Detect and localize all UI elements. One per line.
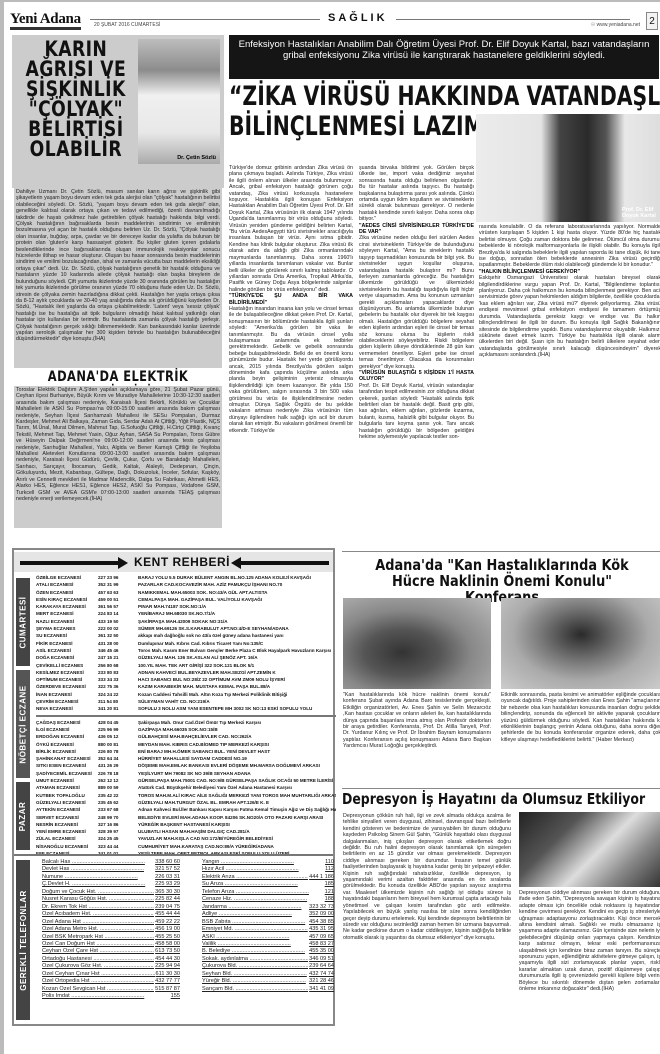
pharmacy-phone: 247 15 21 bbox=[98, 654, 138, 661]
phone-row: Seyhan Bld.432 74 74 bbox=[202, 971, 334, 978]
photo-caption: Prof. Dr. Elif Doyuk Kartal bbox=[622, 207, 658, 219]
phone-label: Özel Adana Hst bbox=[42, 919, 154, 926]
newspaper-logo[interactable]: Yeni Adana bbox=[10, 12, 81, 30]
pharmacy-address: Adnan Kahveci Bul.İler Bankası Kapısı Ka… bbox=[138, 806, 336, 813]
phone-label: Ortadoğu Hastanesi bbox=[42, 956, 154, 963]
pharmacy-address: DÖŞEME MAH.EMLAK BANKASI EVLERİ DÖŞEME M… bbox=[138, 762, 336, 769]
phone-row: Balcalı Has338 60 60 bbox=[42, 859, 180, 866]
pharmacy-name: AYTEKİN ECZANESİ bbox=[36, 806, 98, 813]
phone-row: Emniyet Md.435 31 95 bbox=[202, 926, 334, 933]
pharmacy-name: KARAKAYA ECZANESİ bbox=[36, 603, 98, 610]
pharmacy-row: NİSANOĞLU ECZANESİ323 44 44CUMHURİYET MA… bbox=[36, 843, 336, 850]
pharmacy-row: İNAN ECZANESİ324 24 22Kozan Caddesi Tahs… bbox=[36, 691, 336, 698]
phone-row: Adliye352 09 00 bbox=[202, 911, 334, 918]
pharmacy-row: ÖZERDEVE ECZANESİ322 75 36KAZIM KARABEKİ… bbox=[36, 683, 336, 690]
pharmacy-row: NAZLI ECZANESİ433 19 50ŞAKİRPAŞA MAH.420… bbox=[36, 618, 336, 625]
pharmacy-name: NAZLI ECZANESİ bbox=[36, 618, 98, 625]
pharmacy-name: BİRLİK ECZANESİ bbox=[36, 748, 98, 755]
pharmacy-row: ESİN KIRAÇ ECZANESİ459 00 51CEMALPAŞA MA… bbox=[36, 596, 336, 603]
pharmacy-row: ÖYKÜ ECZANESİ880 00 81MEYDAN MAH. KIBRIS… bbox=[36, 741, 336, 748]
pharmacy-address: 100.YIL MAH. TEK ART GİRİŞİ 322 SOK.121 … bbox=[138, 662, 336, 669]
phone-label: Özel Adana Metro Hst. bbox=[42, 926, 154, 933]
pharmacy-row: OPTİMUM ECZANESİ333 34 33HACI SABANCI BU… bbox=[36, 676, 336, 683]
pharmacy-phone: 361 56 57 bbox=[98, 603, 138, 610]
phone-label: Emniyet Md. bbox=[202, 926, 308, 933]
phone-label: Özel Acıbadem Hst. bbox=[42, 911, 154, 918]
phone-row: Kozan Özel Sevgican Hst515 87 87 bbox=[42, 986, 180, 993]
pharmacy-phone: 457 63 63 bbox=[98, 589, 138, 596]
pharmacy-row: KESİLMEZ ECZANESİ233 80 83ADNAN KAHVECİ … bbox=[36, 669, 336, 676]
pharmacy-row: NEVA ECZANESİ341 20 81SOFULU 3 NOLU ASM … bbox=[36, 705, 336, 712]
pharmacy-row: ZÜLAL ECZANESİ324 25 45YAVUZLAR MAH.KIŞL… bbox=[36, 835, 336, 842]
pharmacy-name: ŞAHİNKANAT ECZANESİ bbox=[36, 755, 98, 762]
phone-row: Dr. Ekrem Tok Hst239 04 75 bbox=[42, 904, 180, 911]
zika-col-1: Türkiye'de domuz gribinin ardından Zika … bbox=[229, 165, 353, 525]
phone-number: 432 77 77 bbox=[155, 978, 180, 985]
pharmacy-row: DOĞA ECZANESİ247 15 21GÜZELYALI MAH. 136… bbox=[36, 654, 336, 661]
phone-number: 225 94 94 bbox=[155, 963, 180, 970]
pharmacy-address: MEYDAN MAH. KIBRIS CAD.BİOMED TIP MERKEZ… bbox=[138, 741, 336, 748]
phone-number: 444 1 186 bbox=[309, 874, 334, 881]
pharmacy-phone: 262 12 12 bbox=[98, 777, 138, 784]
phone-row: Özel Adana Metro Hst.456 19 00 bbox=[42, 926, 180, 933]
phone-number: 352 09 00 bbox=[309, 911, 334, 918]
divider bbox=[342, 551, 660, 552]
phone-row: Nusret Karasu Göğüs Hst.225 82 44 bbox=[42, 896, 180, 903]
phone-label: Seyhan Bld. bbox=[202, 971, 308, 978]
pharmacy-name: ERDOĞAN ECZANESİ bbox=[36, 733, 98, 740]
phone-number: 110 bbox=[325, 859, 334, 866]
pharmacy-row: ŞEYMA ECZANES222 00 02SÜMER MH.69126 SK.… bbox=[36, 625, 336, 632]
phone-label: Özel Çukurova Göz Hst. bbox=[42, 963, 154, 970]
label-duty-pharmacy: NÖBETÇİ ECZANE bbox=[16, 670, 30, 778]
zika-col-3: rasında konulabilir. O da referans labor… bbox=[479, 224, 660, 524]
pharmacy-phone: 436 05 12 bbox=[98, 733, 138, 740]
pharmacy-name: NESRİN ECZANESİ bbox=[36, 821, 98, 828]
phone-row: Numune226 03 31 bbox=[42, 874, 180, 881]
pharmacy-phone: 352 31 99 bbox=[98, 581, 138, 588]
pharmacy-row: GÜZELYALI ECZANESİ235 45 62GÜZELYALI MAH… bbox=[36, 799, 336, 806]
pharmacy-phone: 431 28 00 bbox=[98, 640, 138, 647]
pharmacy-name: NİSANOĞLU ECZANESİ bbox=[36, 843, 98, 850]
phone-row: Devlet Has321 57 52 bbox=[42, 866, 180, 873]
phone-number: 454 38 85 bbox=[309, 919, 334, 926]
pharmacy-name: ŞADİYECEMİL ECZANESİ bbox=[36, 770, 98, 777]
pharmacy-name: YENİ EMRE ECZANESİ bbox=[36, 828, 98, 835]
phone-row: B. Belediye455 35 00 bbox=[202, 948, 334, 955]
phone-number: 457 09 65 bbox=[309, 934, 334, 941]
phone-row: Özel BSK Metropark Hst455 25 50 bbox=[42, 934, 180, 941]
pharmacy-name: SU ECZANESİ bbox=[36, 632, 98, 639]
pharmacy-phone: 361 32 50 bbox=[98, 632, 138, 639]
phone-row: Ç.Devlet H.225 93 29 bbox=[42, 881, 180, 888]
phone-row: Özel Acıbadem Hst.455 44 44 bbox=[42, 911, 180, 918]
pharmacy-name: ÖYKÜ ECZANESİ bbox=[36, 741, 98, 748]
website-link[interactable]: ☉ www.yeniadana.net bbox=[591, 22, 640, 28]
pharmacy-phone: 248 99 70 bbox=[98, 814, 138, 821]
pharmacy-name: FİKİR ECZANESİ bbox=[36, 640, 98, 647]
pharmacy-phone: 225 96 99 bbox=[98, 726, 138, 733]
pharmacy-row: SITKI ESEN ECZANESİ431 26 29DÖŞEME MAH.E… bbox=[36, 762, 336, 769]
phone-row: Hızır Acil112 bbox=[202, 866, 334, 873]
phone-number: 225 93 29 bbox=[155, 881, 180, 888]
pharmacy-phone: 256 80 68 bbox=[98, 662, 138, 669]
phone-label: Özel Ceyhan Çınar Hst bbox=[42, 971, 155, 978]
pharmacy-row: ATALI ECZANESİ352 31 99PAZARLAR CAD.KOCA… bbox=[36, 581, 336, 588]
pharmacy-phone: 226 78 18 bbox=[98, 770, 138, 777]
pharmacy-address: PAZARLAR CAD.KOCAVEZİR MAH. AZİZ PAMUKÇU… bbox=[138, 581, 336, 588]
phone-row: Özel Ortopedia Hst432 77 77 bbox=[42, 978, 180, 985]
label-phones: GEREKLİ TELEFONLAR bbox=[16, 860, 30, 1020]
phone-row: Cenaze Hiz.188 bbox=[202, 896, 334, 903]
pharmacy-address: YENİBARAJ MH.68030 SK.NO.7/1/A bbox=[138, 610, 336, 617]
pharmacy-name: ÖZERDEVE ECZANESİ bbox=[36, 683, 98, 690]
pharmacy-list: ÖZBİLGE ECZANESİ227 23 96BARAJ YOLU 5.5 … bbox=[36, 574, 336, 857]
divider bbox=[342, 788, 660, 789]
pharmacy-phone: 233 67 68 bbox=[98, 806, 138, 813]
pharmacy-name: OPTİMUM ECZANESİ bbox=[36, 676, 98, 683]
phone-number: 458 58 00 bbox=[155, 941, 180, 948]
phone-row: Yangın110 bbox=[202, 859, 334, 866]
depression-headline: Depresyon İş Hayatını da Olumsuz Etkiliy… bbox=[342, 790, 660, 808]
phone-number: 323 32 73 bbox=[309, 904, 334, 911]
phone-label: Nusret Karasu Göğüs Hst. bbox=[42, 896, 154, 903]
pharmacy-phone: 233 80 83 bbox=[98, 669, 138, 676]
celiac-article-header: KARIN AĞRISI VE ŞİŞKİNLİK "ÇÖLYAK" BELİR… bbox=[12, 35, 224, 188]
label-sunday: PAZAR bbox=[16, 782, 30, 850]
pharmacy-name: ÇEVİKELLİ ECZANES bbox=[36, 662, 98, 669]
pharmacy-name: KUTBEK TOPALOĞLU bbox=[36, 792, 98, 799]
power-outage-body: Toroslar Elektrik Dağıtım A.Ş'den yapıla… bbox=[14, 386, 222, 528]
city-guide-title: KENT REHBERİ bbox=[134, 555, 230, 569]
phone-number: 346 09 51 bbox=[309, 956, 334, 963]
pharmacy-row: ÇEVİKELLİ ECZANES256 80 68100.YIL MAH. T… bbox=[36, 662, 336, 669]
pharmacy-row: ÇEVRİM ECZANESİ311 54 80SÜLEYMAN VAHİT C… bbox=[36, 698, 336, 705]
pharmacy-address: akkapı mah dağlıoğlu sok no 43/a özel gü… bbox=[138, 632, 336, 639]
pharmacy-name: GÜZELYALI ECZANESİ bbox=[36, 799, 98, 806]
phone-label: Elektrik Arıza bbox=[202, 874, 308, 881]
pharmacy-row: ÖZEN ECZANESİ457 63 63NAMIKKEMAL MAH.650… bbox=[36, 589, 336, 596]
city-guide-header: KENT REHBERİ bbox=[14, 552, 333, 572]
pharmacy-phone: 322 75 36 bbox=[98, 683, 138, 690]
phone-row: Ceyhan Özel Çare Hst613 73 50 bbox=[42, 948, 180, 955]
pharmacy-phone: 346 45 46 bbox=[98, 647, 138, 654]
phone-number: 321 57 52 bbox=[155, 866, 180, 873]
doctor-photo: Dr. Çetin Sözlü bbox=[138, 39, 220, 164]
pharmacy-name: İLGİ ECZANESİ bbox=[36, 726, 98, 733]
newspaper-page: Yeni Adana 20 ŞUBAT 2016 CUMARTESİ SAĞLI… bbox=[0, 0, 660, 1054]
pharmacy-name: UMUT ECZANESİ bbox=[36, 777, 98, 784]
arrow-right-icon bbox=[20, 561, 120, 565]
pharmacy-phone: 324 25 45 bbox=[98, 835, 138, 842]
phone-row: ASKİ457 09 65 bbox=[202, 934, 334, 941]
pharmacy-phone: 235 45 62 bbox=[98, 799, 138, 806]
phone-label: Adliye bbox=[202, 911, 308, 918]
pharmacy-address: GÜZELYALI MAH. 136 SK.ASLAN ALİ ŞENÖZ AP… bbox=[138, 654, 336, 661]
pharmacy-phone: 327 16 86 bbox=[98, 821, 138, 828]
pharmacy-address: GÜLBAHÇESİ MAH.BAHÇELİEVLER CAD. NO:262/… bbox=[138, 733, 336, 740]
pharmacy-row: YENİ EMRE ECZANESİ328 39 97ULUBATLI HASA… bbox=[36, 828, 336, 835]
section-title: SAĞLIK bbox=[320, 12, 396, 24]
pharmacy-name: SERVET ECZANESİ bbox=[36, 814, 98, 821]
pharmacy-row: SERVET ECZANESİ248 99 70BELEDİYE EVLERİ … bbox=[36, 814, 336, 821]
pharmacy-name: İNAN ECZANESİ bbox=[36, 691, 98, 698]
celiac-article-body: Dahiliye Uzmanı Dr. Çetin Sözlü, masum s… bbox=[14, 188, 222, 368]
conference-photo-1 bbox=[343, 598, 491, 689]
phone-number: 458 83 27 bbox=[309, 941, 334, 948]
pharmacy-address: SÜLEYMAN VAHİT CD. NO:219/A bbox=[138, 698, 336, 705]
phone-label: Doğum ve Çocuk Hst. bbox=[42, 889, 154, 896]
phone-number: 188 bbox=[325, 896, 334, 903]
phone-list-right: Yangın110Hızır Acil112Elektrik Arıza444 … bbox=[202, 859, 334, 993]
phone-number: 455 35 00 bbox=[309, 948, 334, 955]
phone-number: 112 bbox=[325, 866, 334, 873]
pharmacy-phone: 880 00 81 bbox=[98, 741, 138, 748]
phone-number: 455 25 50 bbox=[155, 934, 180, 941]
phones-divider bbox=[14, 854, 333, 856]
pharmacy-row: ÇAĞDAŞ ECZANESİ428 04 45Şakirpaşa Mah. O… bbox=[36, 719, 336, 726]
phone-number: 226 03 31 bbox=[155, 874, 180, 881]
depression-col-2: Depresyonun ciddiye alınması gereken bir… bbox=[519, 890, 660, 1026]
pharmacy-phone: 227 23 96 bbox=[98, 574, 138, 581]
page-header: Yeni Adana 20 ŞUBAT 2016 CUMARTESİ SAĞLI… bbox=[10, 12, 660, 34]
phone-label: Sokak. aydınlatma bbox=[202, 956, 308, 963]
pharmacy-row: FİKİR ECZANESİ431 28 00Dumlupınar Mah. K… bbox=[36, 640, 336, 647]
page-number: 2 bbox=[646, 12, 658, 30]
pharmacy-address: Dumlupınar Mah. Kıbrıs Cad. Kıbrıs Ticar… bbox=[138, 640, 336, 647]
pharmacy-row: ÖZBİLGE ECZANESİ227 23 96BARAJ YOLU 5.5 … bbox=[36, 574, 336, 581]
phone-label: Su Arıza bbox=[202, 881, 324, 888]
pharmacy-address: CEMALPAŞA MAH. GAZİPAŞA BUL. VALİYOLU KA… bbox=[138, 596, 336, 603]
pharmacy-name: ESİN KIRAÇ ECZANESİ bbox=[36, 596, 98, 603]
pharmacy-address: CUMHURİYET MAH.KARATAŞ CAD.NO:89/A YÜREĞ… bbox=[138, 843, 336, 850]
pharmacy-phone: 222 00 02 bbox=[98, 625, 138, 632]
phone-label: Balcalı Has bbox=[42, 859, 154, 866]
phone-number: 515 87 87 bbox=[155, 986, 180, 993]
pharmacy-name: NEVA ECZANESİ bbox=[36, 705, 98, 712]
pharmacy-name: ÖZEN ECZANESİ bbox=[36, 589, 98, 596]
pharmacy-address: ENİ BARAJ MH.H.ÖMER SABANCI BUL. YENİ DE… bbox=[138, 748, 336, 755]
pharmacy-row: AYTEKİN ECZANESİ233 67 68Adnan Kahveci B… bbox=[36, 806, 336, 813]
phone-number: 341 41 09 bbox=[309, 986, 334, 993]
pharmacy-row: UMUT ECZANESİ262 12 12GÜRSELPAŞA MAH.750… bbox=[36, 777, 336, 784]
pharmacy-name: ÇEVRİM ECZANESİ bbox=[36, 698, 98, 705]
pharmacy-address: BARAJ YOLU 5.5 DURAK BÜLENT ANGIN BL.NO.… bbox=[138, 574, 336, 581]
phone-label: Devlet Has bbox=[42, 866, 154, 873]
phone-number: 613 73 50 bbox=[155, 948, 180, 955]
pharmacy-address: KAZIM KARABEKİR MAH. MUSTAFA KEMAL PAŞA … bbox=[138, 683, 336, 690]
phone-row: Elektrik Arıza444 1 186 bbox=[202, 874, 334, 881]
pharmacy-address: GAZİPAŞA MAH.66035 SOK.NO:15/B bbox=[138, 726, 336, 733]
prof-kartal-photo: Prof. Dr. Elif Doyuk Kartal bbox=[476, 114, 660, 222]
phone-row: Doğum ve Çocuk Hst.365 30 30 bbox=[42, 889, 180, 896]
phone-label: Özel Ortopedia Hst bbox=[42, 978, 154, 985]
phone-row: Özel Adana Hst459 22 22 bbox=[42, 919, 180, 926]
phone-label: Numune bbox=[42, 874, 154, 881]
pharmacy-address: Toros Mah. Kasım Ener Bulvarı Gençler Be… bbox=[138, 647, 336, 654]
phone-row: Sokak. aydınlatma346 09 51 bbox=[202, 956, 334, 963]
phone-number: 459 22 22 bbox=[155, 919, 180, 926]
zika-banner: Enfeksiyon Hastalıkları Anabilim Dalı Öğ… bbox=[229, 35, 659, 79]
phone-label: Kozan Özel Sevgican Hst bbox=[42, 986, 154, 993]
pharmacy-name: SITKI ESEN ECZANESİ bbox=[36, 762, 98, 769]
pharmacy-address: YÜREĞİR BAŞKENT HASTANESİ KARŞISI bbox=[138, 821, 336, 828]
phone-number: 454 44 30 bbox=[155, 956, 180, 963]
pharmacy-phone: 226 80 78 bbox=[98, 748, 138, 755]
pharmacy-phone: 459 00 51 bbox=[98, 596, 138, 603]
phone-label: Valilik bbox=[202, 941, 308, 948]
zika-col-2: şuanda birvaka bildirimi yok. Görülen bi… bbox=[359, 165, 474, 535]
pharmacy-phone: 333 34 33 bbox=[98, 676, 138, 683]
pharmacy-divider bbox=[36, 715, 336, 717]
pharmacy-name: ÖZBİLGE ECZANESİ bbox=[36, 574, 98, 581]
phone-number: 239 64 64 bbox=[309, 963, 334, 970]
pharmacy-phone: 324 24 22 bbox=[98, 691, 138, 698]
pharmacy-name: DOĞA ECZANESİ bbox=[36, 654, 98, 661]
pharmacy-address: ULUBATLI HASAN MAH.HAŞİM DALGIÇ CAD.281/… bbox=[138, 828, 336, 835]
phone-number: 121 bbox=[325, 889, 334, 896]
pharmacy-address: GÜZELYALI MAH.TURGUT ÖZAL BL. EMRAH APT.… bbox=[138, 799, 336, 806]
pharmacy-row: ATAMAN ECZANESİ889 00 59Atatürk Cad. Büy… bbox=[36, 784, 336, 791]
city-guide: KENT REHBERİ CUMARTESİ NÖBETÇİ ECZANE PA… bbox=[12, 548, 335, 1026]
pharmacy-address: SÜMER MH.69126 SK.S.KARABULUT APT.NO:4/D… bbox=[138, 625, 336, 632]
phone-row: Jandarma323 32 73 bbox=[202, 904, 334, 911]
pharmacy-phone: 341 20 81 bbox=[98, 705, 138, 712]
phone-row: Özel Can Doğum Hst458 58 00 bbox=[42, 941, 180, 948]
celiac-headline: KARIN AĞRISI VE ŞİŞKİNLİK "ÇÖLYAK" BELİR… bbox=[16, 39, 136, 159]
stem-cell-col-2: Etkinlik sonrasında, pasta kesimi ve ani… bbox=[501, 692, 660, 788]
phone-label: Polis İmdat bbox=[42, 993, 170, 1000]
phone-label: Yüreğir Bld. bbox=[202, 978, 308, 985]
pharmacy-address: ŞAKİRPAŞA MAH.42009 SOKAK NO:31/A bbox=[138, 618, 336, 625]
pharmacy-address: PINAR MAH.74187 SOK.NO:1/A bbox=[138, 603, 336, 610]
pharmacy-address: Şakirpaşa Mah. Onur Cad.Özel Ömür Tıp Me… bbox=[138, 719, 336, 726]
phone-number: 185 bbox=[325, 881, 334, 888]
pharmacy-row: ŞADİYECEMİL ECZANESİ226 78 18YEŞİLYURT M… bbox=[36, 770, 336, 777]
phone-label: Dr. Ekrem Tok Hst bbox=[42, 904, 154, 911]
phone-row: Ortadoğu Hastanesi454 44 30 bbox=[42, 956, 180, 963]
issue-date: 20 ŞUBAT 2016 CUMARTESİ bbox=[94, 22, 160, 28]
pharmacy-row: NESRİN ECZANESİ327 16 86YÜREĞİR BAŞKENT … bbox=[36, 821, 336, 828]
pharmacy-phone: 889 00 59 bbox=[98, 784, 138, 791]
phone-row: Özel Ceyhan Çınar Hst611 30 30 bbox=[42, 971, 180, 978]
pharmacy-row: ŞAHİNKANAT ECZANESİ352 64 34HÜRRİYET MAH… bbox=[36, 755, 336, 762]
label-saturday: CUMARTESİ bbox=[16, 578, 30, 666]
pharmacy-address: HACI SABANCI BUL NO:28/Z 22 OPTİMUM AVM … bbox=[138, 676, 336, 683]
phone-label: B. Belediye bbox=[202, 948, 308, 955]
phone-row: Çukurova Bld.239 64 64 bbox=[202, 963, 334, 970]
pharmacy-row: KARAKAYA ECZANESİ361 56 57PINAR MAH.7418… bbox=[36, 603, 336, 610]
phone-row: Sarıçam Bld.341 41 09 bbox=[202, 986, 334, 993]
phone-label: Hızır Acil bbox=[202, 866, 324, 873]
phone-row: Su Arıza185 bbox=[202, 881, 334, 888]
phone-label: Ç.Devlet H. bbox=[42, 881, 154, 888]
pharmacy-address: YEŞİLYURT MH 79082 SK NO 39/B SEYHAN ADA… bbox=[138, 770, 336, 777]
pharmacy-name: ATAMAN ECZANESİ bbox=[36, 784, 98, 791]
pharmacy-phone: 431 26 29 bbox=[98, 762, 138, 769]
phone-row: Polis İmdat155 bbox=[42, 993, 180, 1000]
pharmacy-row: ERDOĞAN ECZANESİ436 05 12GÜLBAHÇESİ MAH.… bbox=[36, 733, 336, 740]
pharmacy-address: ADNAN KAHVECİ BUL.BEYAZEVLER MAH.SEZGİ A… bbox=[138, 669, 336, 676]
pharmacy-phone: 428 04 45 bbox=[98, 719, 138, 726]
pharmacy-phone: 224 83 14 bbox=[98, 610, 138, 617]
pharmacy-name: ÇAĞDAŞ ECZANESİ bbox=[36, 719, 98, 726]
pharmacy-phone: 433 19 50 bbox=[98, 618, 138, 625]
pharmacy-row: MERT ECZANESİ224 83 14YENİBARAJ MH.68030… bbox=[36, 610, 336, 617]
phone-number: 338 60 60 bbox=[155, 859, 180, 866]
phone-row: BSB Zabıta454 38 85 bbox=[202, 919, 334, 926]
pharmacy-address: YAVUZLAR MAH.KIŞLA CAD NO:172/B/YÜREĞİR … bbox=[138, 835, 336, 842]
phone-list-left: Balcalı Has338 60 60Devlet Has321 57 52N… bbox=[42, 859, 180, 1001]
pharmacy-phone: 328 39 97 bbox=[98, 828, 138, 835]
photo-caption: Dr. Çetin Sözlü bbox=[177, 155, 216, 161]
phone-label: Özel Can Doğum Hst bbox=[42, 941, 154, 948]
phone-number: 611 30 30 bbox=[156, 971, 180, 978]
phone-number: 321 28 46 bbox=[309, 978, 334, 985]
phone-row: Valilik458 83 27 bbox=[202, 941, 334, 948]
pharmacy-row: İLGİ ECZANESİ225 96 99GAZİPAŞA MAH.66035… bbox=[36, 726, 336, 733]
pharmacy-address: HÜRRİYET MAHALLESİ SAYDAM CADDESİ NO.19 bbox=[138, 755, 336, 762]
phone-label: Telefon Arıza bbox=[202, 889, 324, 896]
pharmacy-address: SOFULU 3 NOLU ASM YANI ESENTEPE MH 3002 … bbox=[138, 705, 336, 712]
phone-number: 365 30 30 bbox=[155, 889, 180, 896]
phone-row: Özel Çukurova Göz Hst.225 94 94 bbox=[42, 963, 180, 970]
phone-label: Cenaze Hiz. bbox=[202, 896, 324, 903]
pharmacy-row: BİRLİK ECZANESİ226 80 78ENİ BARAJ MH.H.Ö… bbox=[36, 748, 336, 755]
phone-number: 239 04 75 bbox=[155, 904, 180, 911]
pharmacy-name: ZÜLAL ECZANESİ bbox=[36, 835, 98, 842]
phone-label: ASKİ bbox=[202, 934, 308, 941]
pharmacy-name: KESİLMEZ ECZANESİ bbox=[36, 669, 98, 676]
phone-row: Yüreğir Bld.321 28 46 bbox=[202, 978, 334, 985]
pharmacy-phone: 323 44 44 bbox=[98, 843, 138, 850]
stem-cell-col-1: "Kan hastalıklarında kök hücre naklinin … bbox=[343, 692, 491, 788]
pharmacy-address: BELEDİYE EVLERİ MAH.ADANA KOOP. 84206 SK… bbox=[138, 814, 336, 821]
pharmacy-address: NAMIKKEMAL MAH.65003 SOK. NO:43/A GÜL AP… bbox=[138, 589, 336, 596]
depression-col-1: Depresyonun çökkün ruh hali, ilgi ve zev… bbox=[343, 813, 511, 1025]
pharmacy-phone: 311 54 80 bbox=[98, 698, 138, 705]
pharmacy-phone: 235 42 22 bbox=[98, 792, 138, 799]
phone-label: BSB Zabıta bbox=[202, 919, 308, 926]
phone-label: Ceyhan Özel Çare Hst bbox=[42, 948, 154, 955]
phone-label: Özel BSK Metropark Hst bbox=[42, 934, 154, 941]
pharmacy-row: KUTBEK TOPALOĞLU235 42 22TOROS MAH.M.ALİ… bbox=[36, 792, 336, 799]
pharmacy-name: ŞEYMA ECZANES bbox=[36, 625, 98, 632]
phone-row: Telefon Arıza121 bbox=[202, 889, 334, 896]
pharmacy-address: GÜRSELPAŞA MAH.75001 CAD. NO:9/B GÜRSELP… bbox=[138, 777, 336, 784]
pharmacy-address: Kozan Caddesi Tahsilli Mah. Altın Koza T… bbox=[138, 691, 336, 698]
phone-number: 225 82 44 bbox=[155, 896, 180, 903]
depressed-person-photo bbox=[519, 812, 660, 887]
pharmacy-address: TOROS MAH.M.ALİ KIRAC AİLE SAĞLIĞI MERKE… bbox=[138, 792, 336, 799]
phone-number: 456 19 00 bbox=[155, 926, 180, 933]
phone-number: 435 31 95 bbox=[309, 926, 334, 933]
phone-number: 455 44 44 bbox=[155, 911, 180, 918]
conference-photo-2 bbox=[501, 598, 660, 689]
phone-label: Çukurova Bld. bbox=[202, 963, 308, 970]
pharmacy-name: MERT ECZANESİ bbox=[36, 610, 98, 617]
phone-number: 432 74 74 bbox=[309, 971, 334, 978]
phone-label: Yangın bbox=[202, 859, 324, 866]
phone-number: 155 bbox=[171, 993, 180, 1000]
pharmacy-row: SU ECZANESİ361 32 50akkapı mah dağlıoğlu… bbox=[36, 632, 336, 639]
phone-label: Jandarma bbox=[202, 904, 308, 911]
phone-label: Sarıçam Bld. bbox=[202, 986, 308, 993]
pharmacy-address: Atatürk Cad. Büyükşehir Belediyesi Yanı … bbox=[138, 784, 336, 791]
arrow-left-icon bbox=[239, 561, 329, 565]
pharmacy-name: ASİL ECZANESİ bbox=[36, 647, 98, 654]
pharmacy-phone: 352 64 34 bbox=[98, 755, 138, 762]
